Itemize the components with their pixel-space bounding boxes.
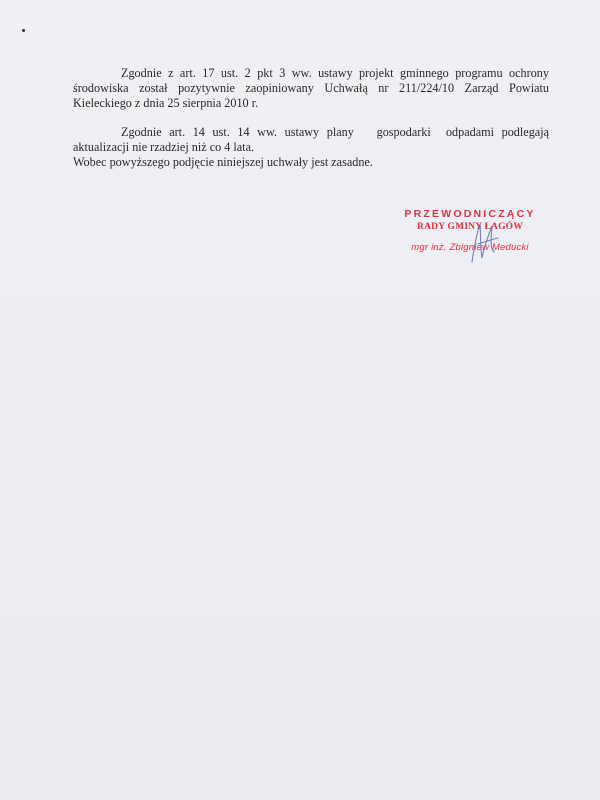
text-line: Kieleckiego z dnia 25 sierpnia 2010 r. bbox=[73, 96, 549, 111]
stamp-name: mgr inż. Zbigniew Meducki bbox=[385, 242, 555, 254]
paragraph-consultation: Zgodnie z art. 17 ust. 2 pkt 3 ww. ustaw… bbox=[73, 66, 549, 112]
paragraph-waste-plan: Zgodnie art. 14 ust. 14 ww. ustawy plany… bbox=[73, 125, 549, 155]
text-line: środowiska został pozytywnie zaopiniowan… bbox=[73, 81, 549, 96]
text-line: Zgodnie art. 14 ust. 14 ww. ustawy plany… bbox=[73, 125, 549, 140]
text-line: Zgodnie z art. 17 ust. 2 pkt 3 ww. ustaw… bbox=[73, 66, 549, 81]
chairman-stamp: PRZEWODNICZĄCY RADY GMINY ŁAGÓW mgr inż.… bbox=[385, 208, 555, 254]
text-line: aktualizacji nie rzadziej niż co 4 lata. bbox=[73, 140, 549, 155]
stamp-organization: RADY GMINY ŁAGÓW bbox=[385, 221, 555, 233]
document-page: Zgodnie z art. 17 ust. 2 pkt 3 ww. ustaw… bbox=[0, 0, 600, 800]
scan-speck bbox=[22, 29, 25, 32]
paragraph-conclusion: Wobec powyższego podjęcie niniejszej uch… bbox=[73, 155, 549, 170]
text-line: Wobec powyższego podjęcie niniejszej uch… bbox=[73, 155, 549, 170]
stamp-title: PRZEWODNICZĄCY bbox=[385, 208, 555, 221]
document-body: Zgodnie z art. 17 ust. 2 pkt 3 ww. ustaw… bbox=[73, 66, 549, 170]
